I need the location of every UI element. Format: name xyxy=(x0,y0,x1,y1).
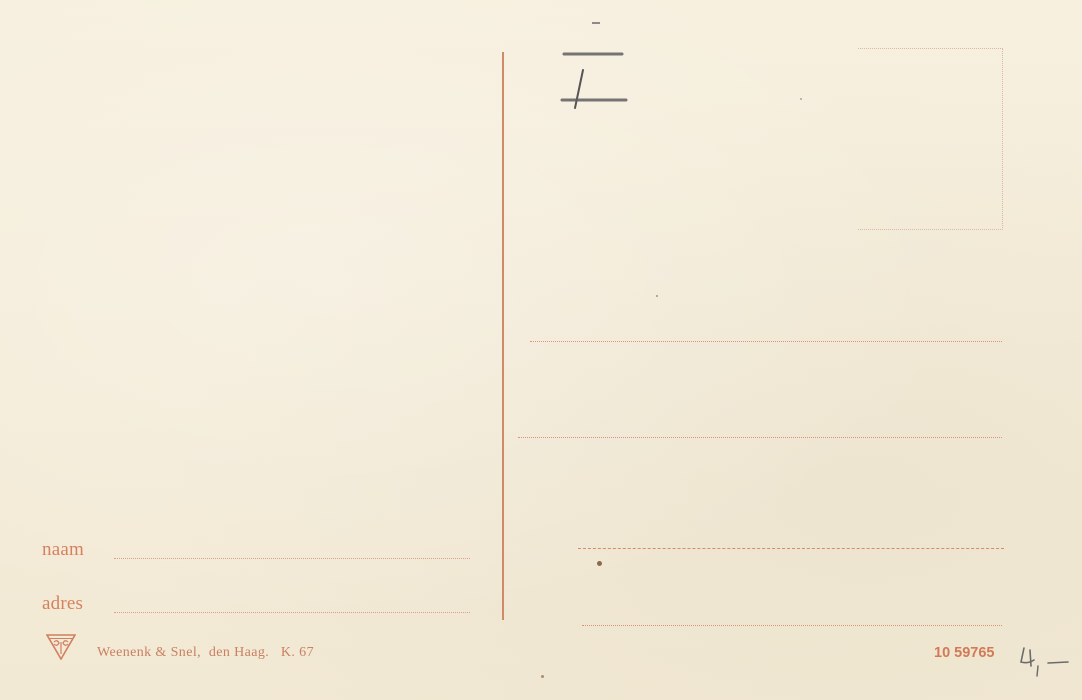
sender-name-line[interactable] xyxy=(114,558,470,559)
address-line-3 xyxy=(578,548,1004,549)
paper-speck xyxy=(800,98,802,100)
sender-name-label: naam xyxy=(42,539,84,561)
address-line-2 xyxy=(518,437,1002,438)
sender-address-label: adres xyxy=(42,593,83,615)
stamp-box xyxy=(858,48,1003,230)
center-divider xyxy=(502,52,504,620)
paper-speck xyxy=(597,561,602,566)
paper-speck xyxy=(656,295,658,297)
serial-number: 10 59765 xyxy=(934,645,994,661)
sender-address-line[interactable] xyxy=(114,612,470,613)
pencil-mark-top xyxy=(556,16,636,116)
publisher-imprint: Weenenk & Snel, den Haag. K. 67 xyxy=(97,645,314,661)
publisher-logo-icon xyxy=(46,632,76,660)
postcard-back: 1 naam adres Weenenk & Snel, den Haag. K… xyxy=(0,0,1082,700)
address-line-4 xyxy=(582,625,1002,626)
address-line-1 xyxy=(530,341,1002,342)
pencil-price-mark xyxy=(1018,644,1074,688)
paper-speck xyxy=(541,675,544,678)
